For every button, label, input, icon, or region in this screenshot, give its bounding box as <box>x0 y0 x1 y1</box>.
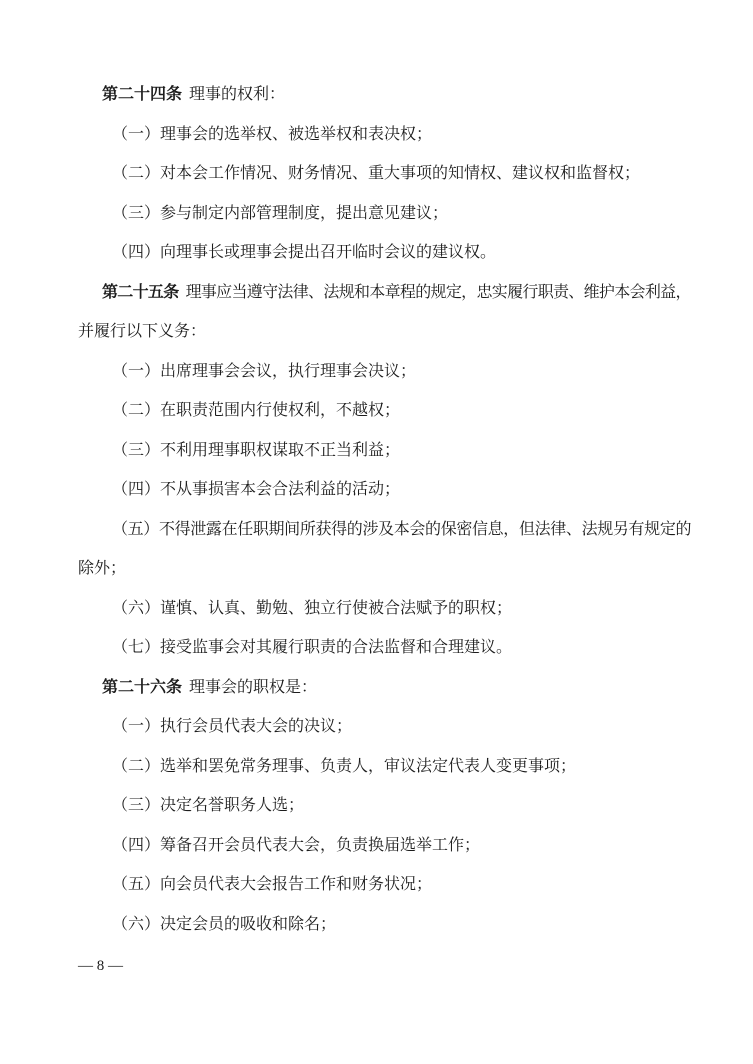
text-line: （六）谨慎、认真、勤勉、独立行使被合法赋予的职权； <box>78 589 690 629</box>
text-line: （五）向会员代表大会报告工作和财务状况； <box>78 865 690 905</box>
text-line: （四）筹备召开会员代表大会，负责换届选举工作； <box>78 826 690 866</box>
text-line: （三）决定名誉职务人选； <box>78 786 690 826</box>
text-line: （一）理事会的选举权、被选举权和表决权； <box>78 115 690 155</box>
article-intro: 理事应当遵守法律、法规和本章程的规定，忠实履行职责、维护本会利益， <box>186 284 690 301</box>
article-number: 第二十六条 <box>102 679 182 696</box>
text-line: （三）不利用理事职权谋取不正当利益； <box>78 431 690 471</box>
text-line: （二）对本会工作情况、财务情况、重大事项的知情权、建议权和监督权； <box>78 154 690 194</box>
text-line: （二）选举和罢免常务理事、负责人，审议法定代表人变更事项； <box>78 747 690 787</box>
text-line: （六）决定会员的吸收和除名； <box>78 905 690 945</box>
text-line: （四）不从事损害本会合法利益的活动； <box>78 470 690 510</box>
text-line: （七）接受监事会对其履行职责的合法监督和合理建议。 <box>78 628 690 668</box>
document-body: 第二十四条理事的权利：（一）理事会的选举权、被选举权和表决权；（二）对本会工作情… <box>78 75 690 944</box>
text-line: （二）在职责范围内行使权利，不越权； <box>78 391 690 431</box>
text-line: （五）不得泄露在任职期间所获得的涉及本会的保密信息，但法律、法规另有规定的 <box>78 510 690 550</box>
text-line: 并履行以下义务： <box>78 312 690 352</box>
text-line: （三）参与制定内部管理制度，提出意见建议； <box>78 194 690 234</box>
article-number: 第二十五条 <box>102 284 179 301</box>
text-line: 除外； <box>78 549 690 589</box>
article-heading-line: 第二十五条理事应当遵守法律、法规和本章程的规定，忠实履行职责、维护本会利益， <box>78 273 690 313</box>
text-line: （一）出席理事会会议，执行理事会决议； <box>78 352 690 392</box>
article-heading-line: 第二十六条理事会的职权是： <box>78 668 690 708</box>
article-intro: 理事会的职权是： <box>189 679 317 696</box>
article-intro: 理事的权利： <box>189 86 285 103</box>
page-number: — 8 — <box>78 956 123 976</box>
text-line: （四）向理事长或理事会提出召开临时会议的建议权。 <box>78 233 690 273</box>
article-number: 第二十四条 <box>102 86 182 103</box>
article-heading-line: 第二十四条理事的权利： <box>78 75 690 115</box>
document-page: 第二十四条理事的权利：（一）理事会的选举权、被选举权和表决权；（二）对本会工作情… <box>0 0 753 1064</box>
text-line: （一）执行会员代表大会的决议； <box>78 707 690 747</box>
